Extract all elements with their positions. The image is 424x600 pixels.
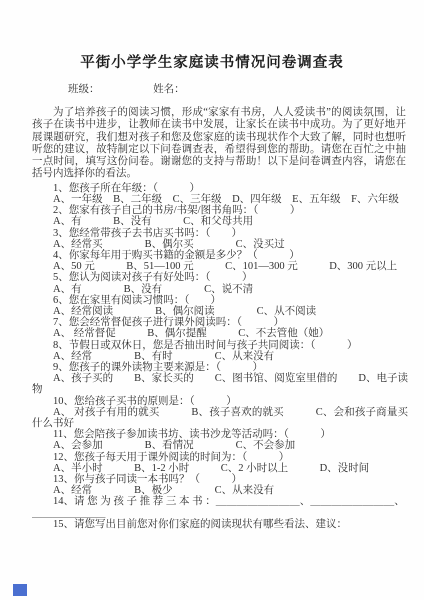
question: 4、你家每年用于购买书籍的金额是多少？（ ）A、50 元 B、51—100 元 … (32, 250, 408, 272)
question-stem: 11、您会陪孩子参加读书坊、读书沙龙等活动吗：（ ） (32, 429, 408, 440)
page-title: 平街小学学生家庭读书情况问卷调查表 (0, 0, 424, 72)
question-options: A、经常 B、极少 C、从来没有 (32, 485, 408, 496)
question: 6、您在家里有阅读习惯吗：（ ）A、经常阅读 B、偶尔阅读 C、从不阅读 (32, 295, 408, 317)
question-stem: 10、您给孩子买书的原则是：（ ） (32, 396, 408, 407)
question-stem: 2、您家有孩子自己的书房/书架/图书角吗：（ ） (32, 205, 408, 216)
question-stem: 13、你与孩子同读一本书吗？（ ） (32, 474, 408, 485)
question: 7、您会经常督促孩子进行课外阅读吗：（ ）A、 经常督促 B、偶尔提醒 C、不去… (32, 317, 408, 339)
question-options: A、一年级 B、二年级 C、三年级 D、四年级 E、五年级 F、六年级 (32, 194, 408, 205)
question-list: 1、您孩子所在年级：（ ）A、一年级 B、二年级 C、三年级 D、四年级 E、五… (32, 183, 408, 530)
question: 5、您认为阅读对孩子有好处吗：（ ）A、有 B、没有 C、说不清 (32, 272, 408, 294)
question-options: A、经常 B、有时 C、从来没有 (32, 351, 408, 362)
question-options: A、 经常督促 B、偶尔提醒 C、不去管他（她） (32, 328, 408, 339)
question-stem: 6、您在家里有阅读习惯吗：（ ） (32, 295, 408, 306)
question-options: A、经常买 B、偶尔买 C、没买过 (32, 239, 408, 250)
question-options: A、半小时 B、1-2 小时 C、2 小时以上 D、没时间 (32, 463, 408, 474)
question-stem: 15、请您写出目前您对你们家庭的阅读现状有哪些看法、建议： (32, 519, 408, 530)
question-stem: 9、您孩子的课外读物主要来源是：（ ） (32, 362, 408, 373)
question-extra-line: ＿＿＿＿＿＿＿ (32, 508, 408, 519)
question-options: A、经常阅读 B、偶尔阅读 C、从不阅读 (32, 306, 408, 317)
question: 10、您给孩子买书的原则是：（ ）A、 对孩子有用的就买 B、孩子喜欢的就买 C… (32, 396, 408, 430)
question-stem: 12、您孩子每天用于课外阅读的时间为：（ ） (32, 452, 408, 463)
question: 13、你与孩子同读一本书吗？（ ）A、经常 B、极少 C、从来没有 (32, 474, 408, 496)
question-stem: 8、节假日或双休日，您是否抽出时间与孩子共同阅读：（ ） (32, 340, 408, 351)
question-options: A、 对孩子有用的就买 B、孩子喜欢的就买 C、会和孩子商量买什么书好 (32, 407, 408, 429)
question: 12、您孩子每天用于课外阅读的时间为：（ ）A、半小时 B、1-2 小时 C、2… (32, 452, 408, 474)
question: 2、您家有孩子自己的书房/书架/图书角吗：（ ）A、有 B、没有 C、和父母共用 (32, 205, 408, 227)
question-options: A、孩子买的 B、家长买的 C、图书馆、阅览室里借的 D、电子读物 (32, 373, 408, 395)
question-stem: 3、您经常带孩子去书店买书吗：（ ） (32, 228, 408, 239)
header-fields: 班级： 姓名： (68, 84, 406, 96)
question: 8、节假日或双休日，您是否抽出时间与孩子共同阅读：（ ）A、经常 B、有时 C、… (32, 340, 408, 362)
question: 1、您孩子所在年级：（ ）A、一年级 B、二年级 C、三年级 D、四年级 E、五… (32, 183, 408, 205)
question: 3、您经常带孩子去书店买书吗：（ ）A、经常买 B、偶尔买 C、没买过 (32, 228, 408, 250)
questionnaire-page: 平街小学学生家庭读书情况问卷调查表 班级： 姓名： 为了培养孩子的阅读习惯，形成… (0, 0, 424, 600)
question-options: A、有 B、没有 C、和父母共用 (32, 216, 408, 227)
question-stem: 1、您孩子所在年级：（ ） (32, 183, 408, 194)
question-stem: 4、你家每年用于购买书籍的金额是多少？（ ） (32, 250, 408, 261)
question: 14、请 您 为 孩 子 推 荐 三 本 书 ：＿＿＿＿＿＿＿＿、＿＿＿＿＿＿＿… (32, 496, 408, 518)
name-field-label: 姓名： (153, 84, 185, 96)
question-stem: 5、您认为阅读对孩子有好处吗：（ ） (32, 272, 408, 283)
class-field-label: 班级： (68, 84, 100, 96)
question-options: A、50 元 B、51—100 元 C、101—300 元 D、300 元以上 (32, 261, 408, 272)
question: 15、请您写出目前您对你们家庭的阅读现状有哪些看法、建议： (32, 519, 408, 530)
question-options: A、会参加 B、看情况 C、不会参加 (32, 440, 408, 451)
intro-paragraph: 为了培养孩子的阅读习惯，形成“家家有书房，人人爱读书”的阅读氛围，让孩子在读书中… (32, 107, 406, 181)
question-stem: 14、请 您 为 孩 子 推 荐 三 本 书 ：＿＿＿＿＿＿＿＿、＿＿＿＿＿＿＿… (32, 496, 408, 507)
question-stem: 7、您会经常督促孩子进行课外阅读吗：（ ） (32, 317, 408, 328)
question: 9、您孩子的课外读物主要来源是：（ ）A、孩子买的 B、家长买的 C、图书馆、阅… (32, 362, 408, 396)
question-options: A、有 B、没有 C、说不清 (32, 284, 408, 295)
question: 11、您会陪孩子参加读书坊、读书沙龙等活动吗：（ ）A、会参加 B、看情况 C、… (32, 429, 408, 451)
blue-square-mark (13, 584, 27, 596)
